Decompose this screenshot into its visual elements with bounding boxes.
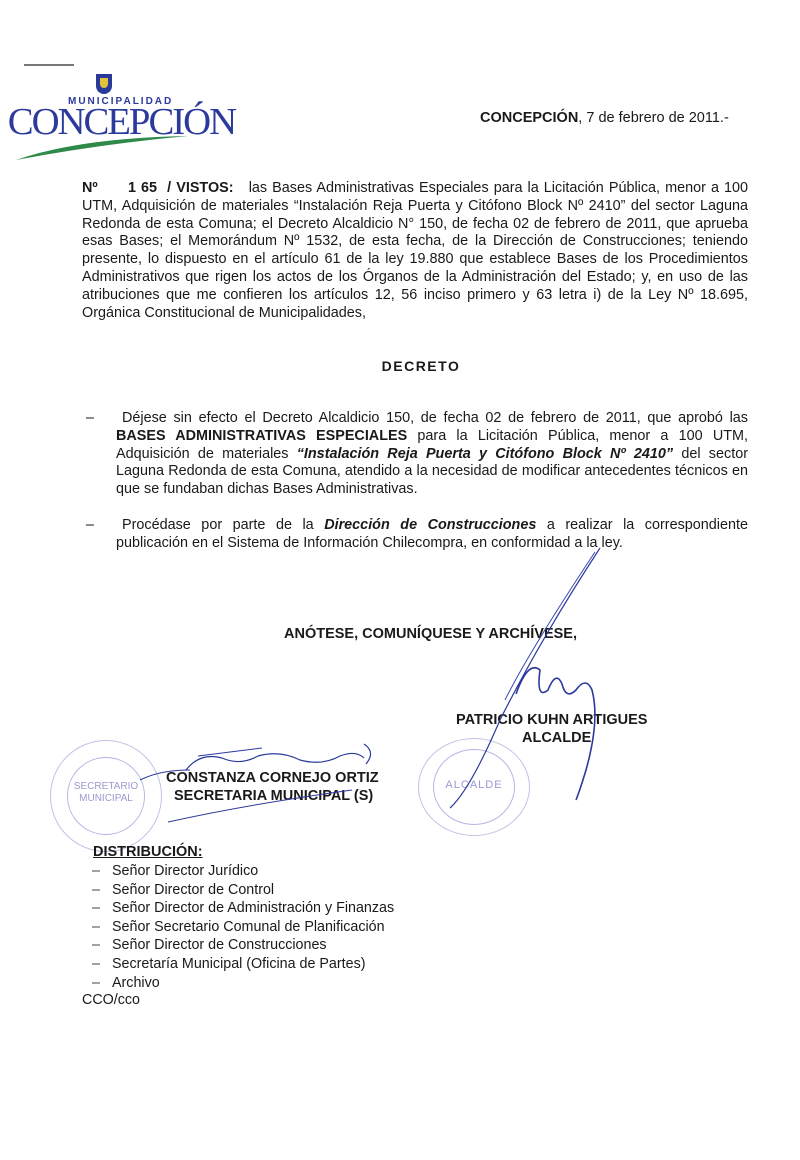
vistos-heading: / VISTOS: <box>167 180 233 196</box>
distribution-title: DISTRIBUCIÓN: <box>93 844 203 860</box>
mayor-stamp-label: ALCALDE <box>419 779 529 791</box>
secretary-name: CONSTANZA CORNEJO ORTIZ <box>166 770 379 786</box>
secretary-stamp: SECRETARIOMUNICIPAL <box>50 740 162 852</box>
distribution-item: Señor Secretario Comunal de Planificació… <box>92 918 394 937</box>
distribution-item: Señor Director de Construcciones <box>92 936 394 955</box>
closing-formula: ANÓTESE, COMUNÍQUESE Y ARCHÍVESE, <box>284 626 577 642</box>
logo-swoosh-icon <box>10 128 200 168</box>
decree-number: 1 65 <box>128 180 157 196</box>
item-2-text-a: Procédase por parte de la <box>122 517 324 533</box>
item-1-bold: BASES ADMINISTRATIVAS ESPECIALES <box>116 428 407 444</box>
decreto-title: DECRETO <box>0 358 800 374</box>
stamp-label-2: MUNICIPAL <box>79 793 133 804</box>
item-1-project-name: “Instalación Reja Puerta y Citófono Bloc… <box>297 446 673 462</box>
distribution-item: Señor Director de Control <box>92 881 394 900</box>
mayor-name: PATRICIO KUHN ARTIGUES <box>456 712 647 728</box>
item-2-department: Dirección de Construcciones <box>324 517 536 533</box>
vistos-text: las Bases Administrativas Especiales par… <box>82 180 748 321</box>
distribution-item: Archivo <box>92 974 394 993</box>
decree-number-label: Nº <box>82 180 98 196</box>
mayor-role: ALCALDE <box>522 730 591 746</box>
date-city: CONCEPCIÓN <box>480 110 578 126</box>
municipal-logo: MUNICIPALIDAD CONCEPCIÓN <box>10 72 200 167</box>
mayor-stamp: ALCALDE <box>418 738 530 836</box>
dash-bullet: – <box>86 517 94 535</box>
decree-item-2: – Procédase por parte de la Dirección de… <box>86 517 748 553</box>
decree-item-1: – Déjese sin efecto el Decreto Alcaldici… <box>86 410 748 499</box>
initials-reference: CCO/cco <box>82 992 140 1008</box>
scan-mark <box>24 64 74 66</box>
distribution-item: Secretaría Municipal (Oficina de Partes) <box>92 955 394 974</box>
coat-of-arms-icon <box>96 74 112 94</box>
date-text: , 7 de febrero de 2011.- <box>578 110 728 126</box>
distribution-list: Señor Director Jurídico Señor Director d… <box>92 862 394 992</box>
vistos-paragraph: Nº 1 65 / VISTOS: las Bases Administrati… <box>82 180 748 322</box>
item-1-text-a: Déjese sin efecto el Decreto Alcaldicio … <box>122 410 748 426</box>
dash-bullet: – <box>86 410 94 428</box>
distribution-item: Señor Director de Administración y Finan… <box>92 899 394 918</box>
distribution-item: Señor Director Jurídico <box>92 862 394 881</box>
stamp-label-1: SECRETARIO <box>74 781 138 792</box>
document-date: CONCEPCIÓN, 7 de febrero de 2011.- <box>480 110 729 126</box>
secretary-role: SECRETARIA MUNICIPAL (S) <box>174 788 373 804</box>
